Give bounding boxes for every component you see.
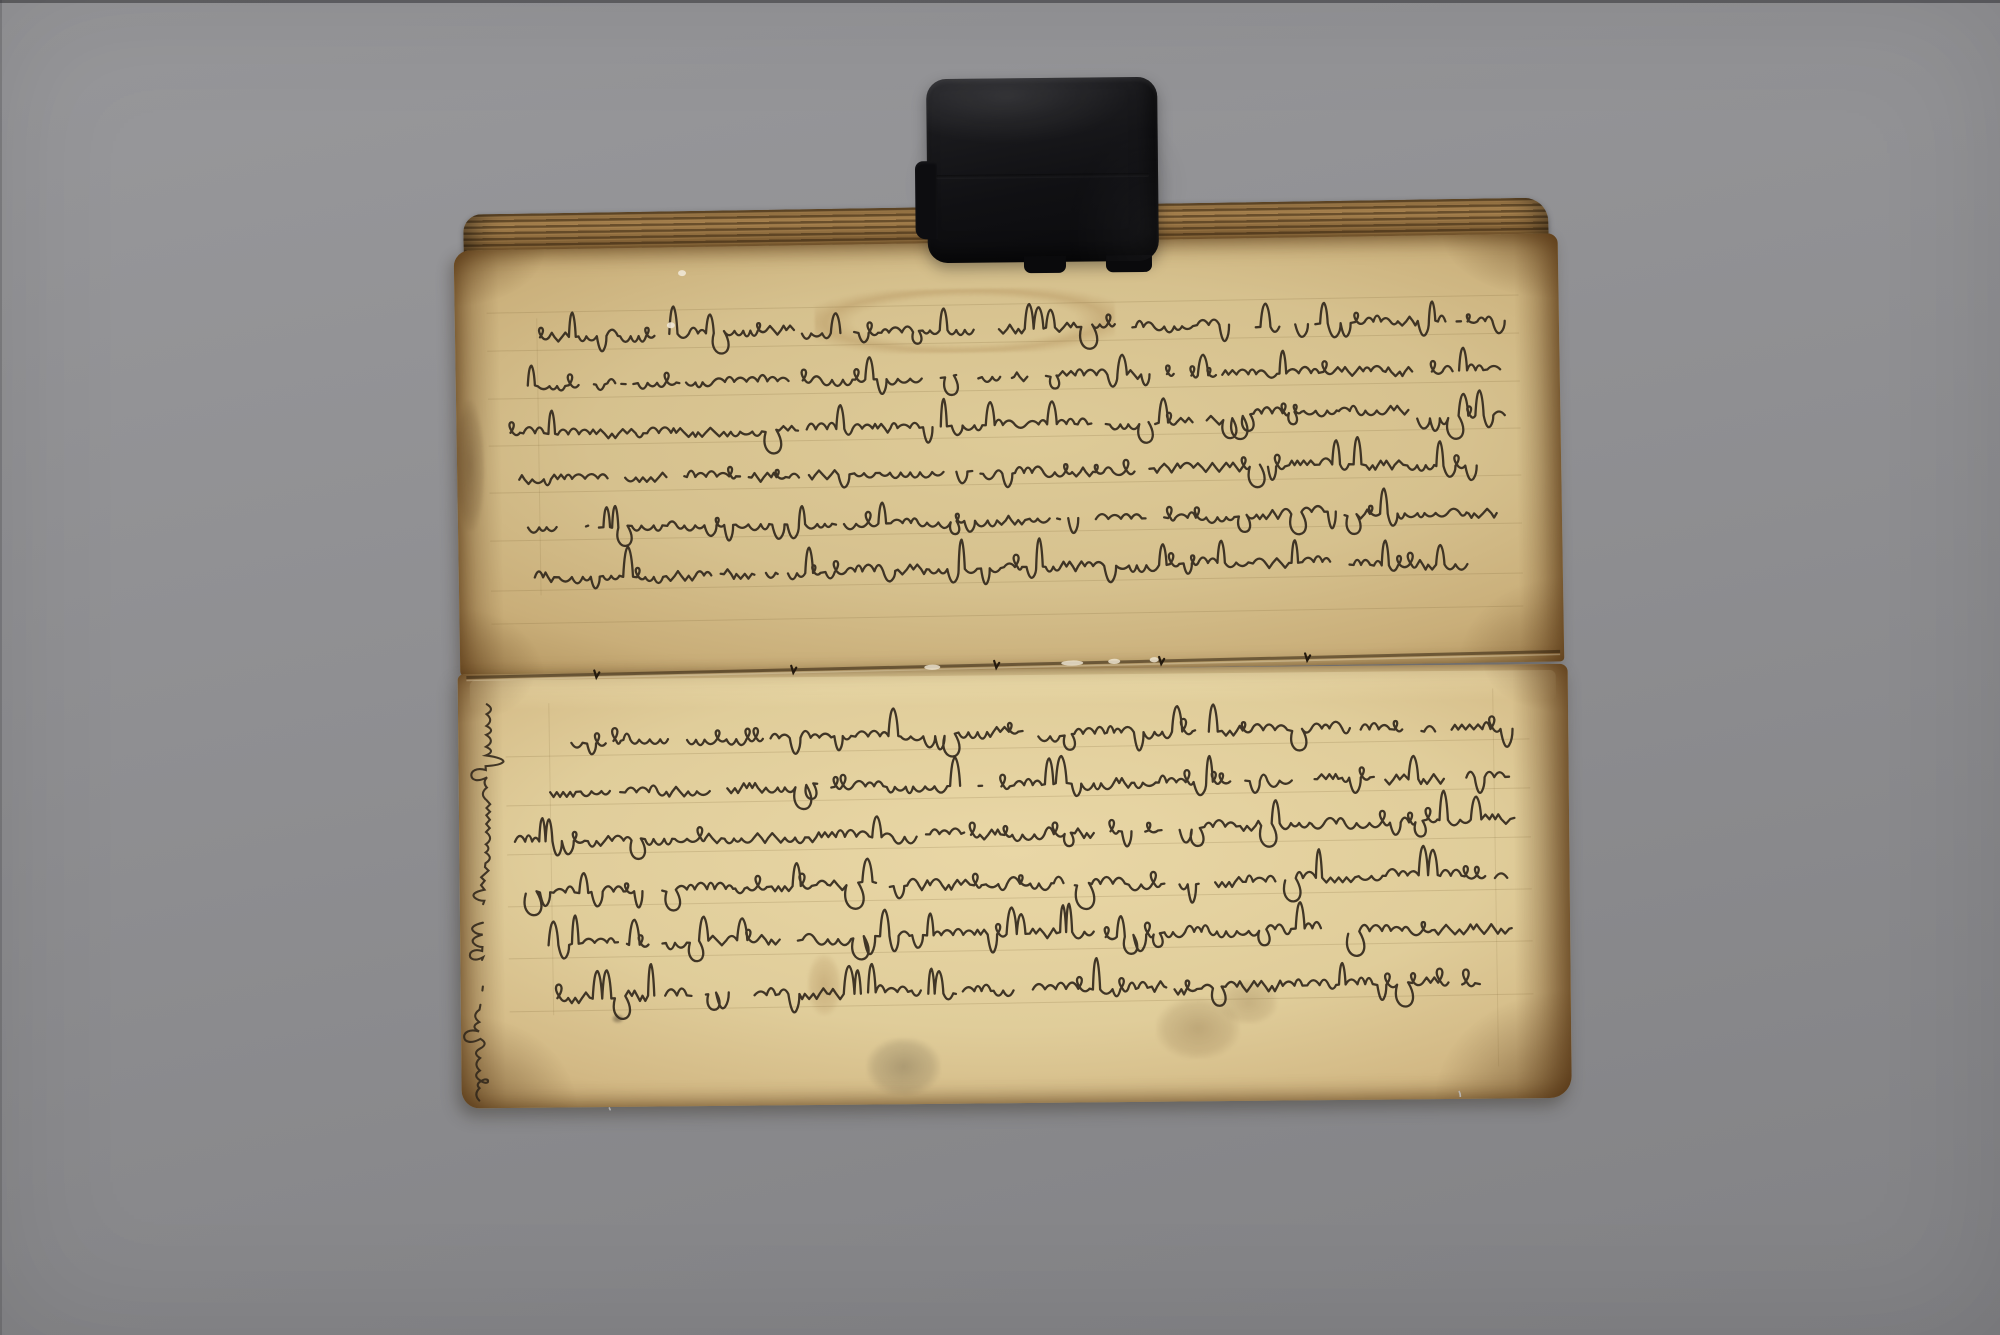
- photo-top-edge-shadow: [0, 0, 2000, 3]
- top-page: [454, 233, 1565, 678]
- fold-highlight: [470, 670, 1556, 710]
- bottom-page: [458, 664, 1572, 1109]
- manuscript-photograph: [0, 0, 2000, 1335]
- book: [445, 187, 1577, 1112]
- burnt-edges: [458, 664, 1572, 1109]
- photo-left-edge-shadow: [0, 0, 2, 1335]
- clip-sheen: [926, 77, 1159, 263]
- burnt-edges: [454, 233, 1565, 678]
- binder-clip: [926, 77, 1159, 263]
